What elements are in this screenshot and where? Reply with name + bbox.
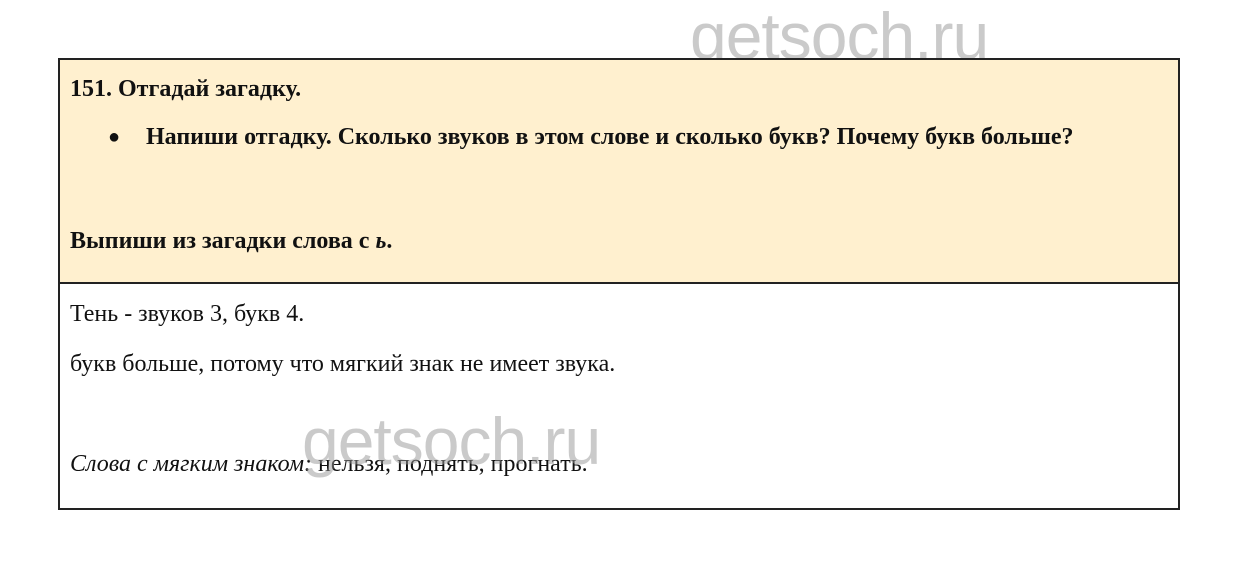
task-extra-instruction: Выпиши из загадки слова с ь.: [70, 228, 392, 255]
answer-line-3-value: нельзя, поднять, прогнать.: [312, 451, 588, 477]
task-title: 151. Отгадай загадку.: [70, 76, 301, 103]
task-header: 151. Отгадай загадку. ● Напиши отгадку. …: [60, 60, 1178, 284]
answer-section: Тень - звуков 3, букв 4. букв больше, по…: [60, 284, 1178, 508]
answer-line-1: Тень - звуков 3, букв 4.: [70, 301, 304, 328]
task-extra-prefix: Выпиши из загадки слова с: [70, 228, 375, 254]
answer-line-3-label: Слова с мягким знаком:: [70, 451, 312, 477]
soft-sign-letter: ь: [375, 228, 386, 254]
bullet-icon: ●: [108, 126, 120, 149]
answer-line-2: букв больше, потому что мягкий знак не и…: [70, 351, 615, 378]
answer-line-3: Слова с мягким знаком: нельзя, поднять, …: [70, 451, 588, 478]
task-extra-suffix: .: [386, 228, 392, 254]
task-question: Напиши отгадку. Сколько звуков в этом сл…: [146, 112, 1168, 162]
task-table: 151. Отгадай загадку. ● Напиши отгадку. …: [58, 58, 1180, 510]
